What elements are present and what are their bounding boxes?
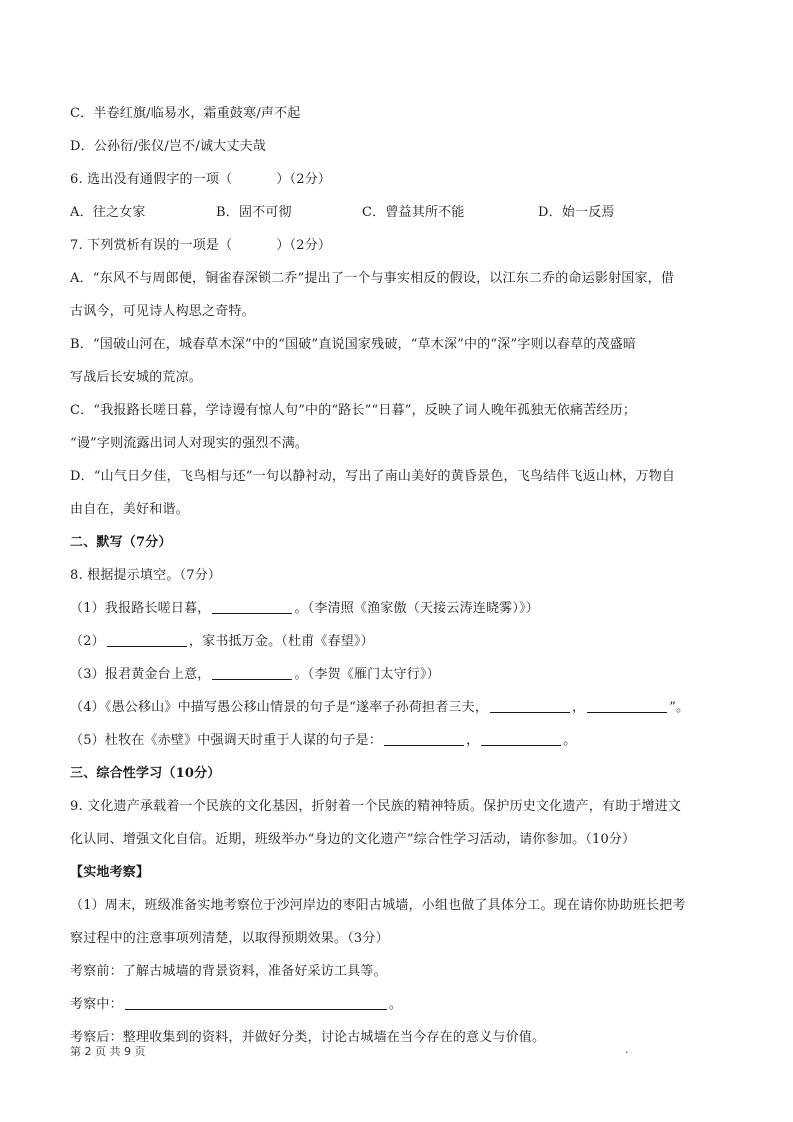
survey-during: 考察中：。 bbox=[70, 988, 730, 1021]
fill-blank[interactable] bbox=[107, 633, 187, 647]
period: 。 bbox=[389, 997, 402, 1012]
survey-after: 考察后：整理收集到的资料，并做好分类，讨论古城墙在当今存在的意义与价值。 bbox=[70, 1021, 730, 1054]
q5-option-c: C．半卷红旗/临易水，霜重鼓寒/声不起 bbox=[70, 97, 730, 130]
q7-option-b-line2: 写战后长安城的荒凉。 bbox=[70, 361, 730, 394]
subsection-field-survey: 【实地考察】 bbox=[70, 856, 730, 889]
q9-1-line1: （1）周末，班级准备实地考察位于沙河岸边的枣阳古城墙，小组也做了具体分工。现在请… bbox=[70, 889, 730, 922]
survey-during-label: 考察中： bbox=[70, 997, 123, 1012]
fill-blank[interactable] bbox=[212, 666, 292, 680]
q8-item-1-prompt: （1）我报路长嗟日暮， bbox=[70, 601, 210, 616]
q7-option-a-line2: 古讽今，可见诗人构思之奇特。 bbox=[70, 295, 730, 328]
q6-choices: A．往之女家 B．固不可彻 C．曾益其所不能 D．始一反焉 bbox=[70, 196, 730, 229]
comma: ， bbox=[572, 700, 585, 715]
q9-1-line2: 察过程中的注意事项列清楚，以取得预期效果。（3分） bbox=[70, 922, 730, 955]
q7-option-c-line1: C．“我报路长嗟日暮，学诗谩有惊人句”中的“路长”“日暮”，反映了词人晚年孤独无… bbox=[70, 394, 730, 427]
q9-stem-line2: 化认同、增强文化自信。近期，班级举办“身边的文化遗产”综合性学习活动，请你参加。… bbox=[70, 823, 730, 856]
q8-item-1: （1）我报路长嗟日暮，。（李清照《渔家傲（天接云涛连晓雾）》） bbox=[70, 592, 730, 625]
q7-option-a-line1: A．“东风不与周郎便，铜雀春深锁二乔”提出了一个与事实相反的假设，以江东二乔的命… bbox=[70, 262, 730, 295]
q7-option-c-line2: “谩”字则流露出词人对现实的强烈不满。 bbox=[70, 427, 730, 460]
q8-item-3-source: 。（李贺《雁门太守行》） bbox=[294, 667, 439, 682]
q8-item-3: （3）报君黄金台上意，。（李贺《雁门太守行》） bbox=[70, 658, 730, 691]
q7-stem-text: 7. 下列赏析有误的一项是（ bbox=[70, 238, 232, 253]
q7-option-b-line1: B．“国破山河在，城春草木深”中的“国破”直说国家残破，“草木深”中的“深”字则… bbox=[70, 328, 730, 361]
q8-item-1-source: 。（李清照《渔家傲（天接云涛连晓雾）》） bbox=[294, 601, 539, 616]
q8-item-4-end: ”。 bbox=[669, 700, 689, 715]
fill-blank[interactable] bbox=[587, 699, 667, 713]
q5-option-d: D．公孙衍/张仪/岂不/诚大丈夫哉 bbox=[70, 130, 730, 163]
survey-before: 考察前：了解古城墙的背景资料，准备好采访工具等。 bbox=[70, 955, 730, 988]
q7-stem: 7. 下列赏析有误的一项是（）（2分） bbox=[70, 229, 730, 262]
fill-blank[interactable] bbox=[490, 699, 570, 713]
q8-item-3-prompt: （3）报君黄金台上意， bbox=[70, 667, 210, 682]
q8-stem: 8. 根据提示填空。（7分） bbox=[70, 559, 730, 592]
q8-item-5-prompt: （5）杜牧在《赤壁》中强调天时重于人谋的句子是： bbox=[70, 733, 382, 748]
page-footer: 第 2 页 共 9 页 bbox=[70, 1043, 145, 1059]
q6-choice-b: B．固不可彻 bbox=[216, 196, 362, 229]
q8-item-2: （2），家书抵万金。（杜甫《春望》） bbox=[70, 625, 730, 658]
fill-blank[interactable] bbox=[481, 732, 561, 746]
q6-score: ）（2分） bbox=[276, 172, 331, 187]
q6-stem-text: 6. 选出没有通假字的一项（ bbox=[70, 172, 232, 187]
section-2-title: 二、默写（7分） bbox=[70, 526, 730, 559]
footer-dot: . bbox=[625, 1043, 629, 1056]
q9-stem-line1: 9. 文化遗产承载着一个民族的文化基因，折射着一个民族的精神特质。保护历史文化遗… bbox=[70, 790, 730, 823]
q8-item-5-end: 。 bbox=[563, 733, 576, 748]
q8-item-2-source: ，家书抵万金。（杜甫《春望》） bbox=[189, 634, 374, 649]
fill-blank[interactable] bbox=[125, 996, 387, 1010]
section-3-title: 三、综合性学习（10分） bbox=[70, 757, 730, 790]
q8-item-5: （5）杜牧在《赤壁》中强调天时重于人谋的句子是：，。 bbox=[70, 724, 730, 757]
q8-item-4: （4）《愚公移山》中描写愚公移山情景的句子是“遂率子孙荷担者三夫，，”。 bbox=[70, 691, 730, 724]
comma: ， bbox=[466, 733, 479, 748]
q6-choice-a: A．往之女家 bbox=[70, 196, 216, 229]
exam-page: C．半卷红旗/临易水，霜重鼓寒/声不起 D．公孙衍/张仪/岂不/诚大丈夫哉 6.… bbox=[70, 97, 730, 1054]
q6-stem: 6. 选出没有通假字的一项（）（2分） bbox=[70, 163, 730, 196]
q6-choice-d: D．始一反焉 bbox=[538, 196, 615, 229]
q7-score: ）（2分） bbox=[276, 238, 331, 253]
fill-blank[interactable] bbox=[212, 600, 292, 614]
q8-item-2-prompt: （2） bbox=[70, 634, 105, 649]
q7-option-d-line1: D．“山气日夕佳，飞鸟相与还”一句以静衬动，写出了南山美好的黄昏景色，飞鸟结伴飞… bbox=[70, 460, 730, 493]
fill-blank[interactable] bbox=[384, 732, 464, 746]
q6-choice-c: C．曾益其所不能 bbox=[362, 196, 538, 229]
q7-option-d-line2: 由自在，美好和谐。 bbox=[70, 493, 730, 526]
q8-item-4-prompt: （4）《愚公移山》中描写愚公移山情景的句子是“遂率子孙荷担者三夫， bbox=[70, 700, 488, 715]
